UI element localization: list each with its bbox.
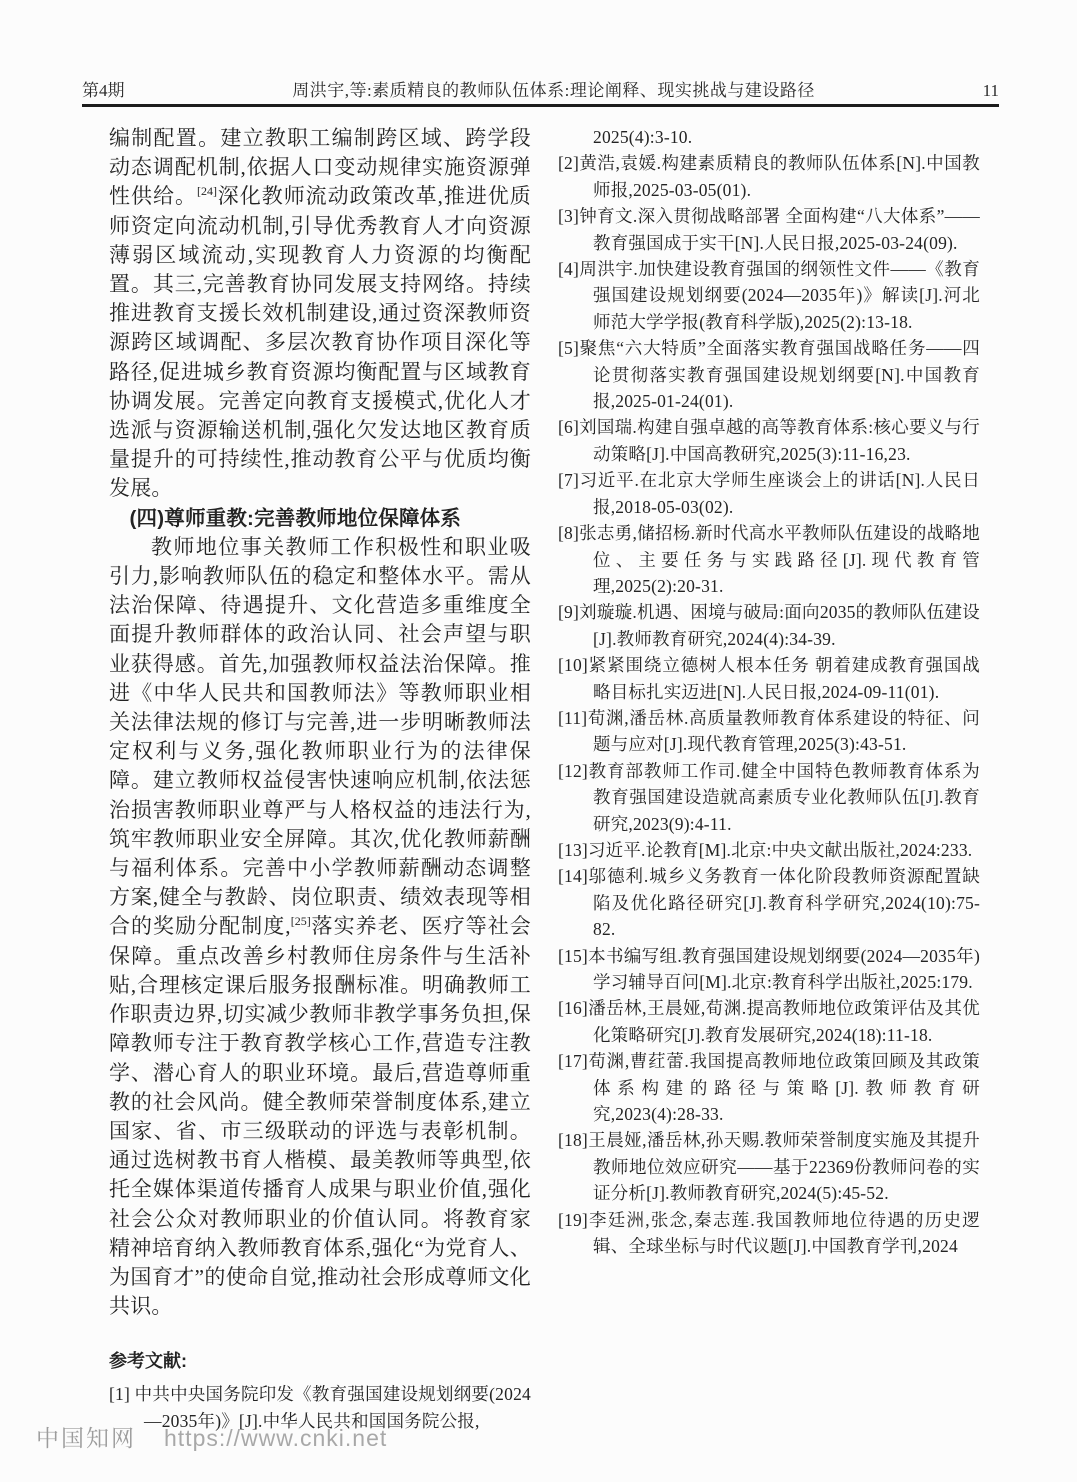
references-heading: 参考文献:	[109, 1347, 531, 1373]
page-number: 11	[983, 81, 999, 101]
body-paragraph: 编制配置。建立教职工编制跨区域、跨学段动态调配机制,依据人口变动规律实施资源弹性…	[109, 124, 531, 504]
right-column: 2025(4):3-10. [2]黄浩,袁媛.构建素质精良的教师队伍体系[N].…	[558, 124, 980, 1434]
body-paragraph: 教师地位事关教师工作积极性和职业吸引力,影响教师队伍的稳定和整体水平。需从法治保…	[109, 533, 531, 1321]
reference-item: [2]黄浩,袁媛.构建素质精良的教师队伍体系[N].中国教师报,2025-03-…	[558, 150, 980, 203]
page-footer: 中国知网 https://www.cnki.net	[36, 1420, 387, 1453]
right-reference-list: [2]黄浩,袁媛.构建素质精良的教师队伍体系[N].中国教师报,2025-03-…	[558, 150, 980, 1259]
page-header: 第4期 周洪宇,等:素质精良的教师队伍体系:理论阐释、现实挑战与建设路径 11	[82, 76, 999, 101]
reference-continuation: 2025(4):3-10.	[558, 124, 980, 150]
reference-item: [11]荀渊,潘岳林.高质量教师教育体系建设的特征、问题与应对[J].现代教育管…	[558, 705, 980, 758]
citation-superscript: [25]	[291, 914, 311, 928]
reference-item: [18]王晨娅,潘岳林,孙天赐.教师荣誉制度实施及其提升教师地位效应研究——基于…	[558, 1127, 980, 1206]
reference-item: [5]聚焦“六大特质”全面落实教育强国战略任务——四论贯彻落实教育强国建设规划纲…	[558, 335, 980, 414]
paragraph-text: (四)尊师重教:完善教师地位保障体系	[130, 507, 462, 530]
content-columns: 编制配置。建立教职工编制跨区域、跨学段动态调配机制,依据人口变动规律实施资源弹性…	[109, 124, 980, 1434]
paragraph-text: 深化教师流动政策改革,推进优质师资定向流动机制,引导优秀教育人才向资源薄弱区域流…	[109, 184, 531, 500]
header-divider	[82, 104, 999, 107]
reference-item: [15]本书编写组.教育强国建设规划纲要(2024—2035年)学习辅导百问[M…	[558, 943, 980, 996]
running-title: 周洪宇,等:素质精良的教师队伍体系:理论阐释、现实挑战与建设路径	[125, 76, 983, 101]
paragraph-text: 教师地位事关教师工作积极性和职业吸引力,影响教师队伍的稳定和整体水平。需从法治保…	[109, 535, 531, 939]
reference-item: [4]周洪宇.加快建设教育强国的纲领性文件——《教育强国建设规划纲要(2024—…	[558, 256, 980, 335]
reference-item: [19]李廷洲,张念,秦志莲.我国教师地位待遇的历史逻辑、全球坐标与时代议题[J…	[558, 1207, 980, 1260]
reference-item: [13]习近平.论教育[M].北京:中央文献出版社,2024:233.	[558, 837, 980, 863]
cnki-url-text: https://www.cnki.net	[164, 1425, 387, 1452]
reference-item: [17]荀渊,曹荭蕾.我国提高教师地位政策回顾及其政策体系构建的路径与策略[J]…	[558, 1048, 980, 1127]
body-paragraph: (四)尊师重教:完善教师地位保障体系	[109, 504, 531, 533]
journal-page: 第4期 周洪宇,等:素质精良的教师队伍体系:理论阐释、现实挑战与建设路径 11 …	[0, 0, 1077, 1482]
reference-item: [12]教育部教师工作司.健全中国特色教师教育体系为教育强国建设造就高素质专业化…	[558, 758, 980, 837]
citation-superscript: [24]	[197, 184, 217, 198]
reference-item: [6]刘国瑞.构建自强卓越的高等教育体系:核心要义与行动策略[J].中国高教研究…	[558, 414, 980, 467]
body-paragraphs: 编制配置。建立教职工编制跨区域、跨学段动态调配机制,依据人口变动规律实施资源弹性…	[109, 124, 531, 1321]
paragraph-text: 落实养老、医疗等社会保障。重点改善乡村教师住房条件与生活补贴,合理核定课后服务报…	[109, 914, 531, 1318]
reference-item: [7]习近平.在北京大学师生座谈会上的讲话[N].人民日报,2018-05-03…	[558, 467, 980, 520]
left-column: 编制配置。建立教职工编制跨区域、跨学段动态调配机制,依据人口变动规律实施资源弹性…	[109, 124, 531, 1434]
reference-item: [16]潘岳林,王晨娅,荀渊.提高教师地位政策评估及其优化策略研究[J].教育发…	[558, 995, 980, 1048]
reference-item: [3]钟育文.深入贯彻战略部署 全面构建“八大体系”——教育强国成于实干[N].…	[558, 203, 980, 256]
reference-item: [10]紧紧围绕立德树人根本任务 朝着建成教育强国战略目标扎实迈进[N].人民日…	[558, 652, 980, 705]
cnki-watermark-text: 中国知网	[36, 1420, 136, 1453]
reference-item: [14]邬德利.城乡义务教育一体化阶段教师资源配置缺陷及优化路径研究[J].教育…	[558, 863, 980, 942]
reference-item: [9]刘璇璇.机遇、困境与破局:面向2035的教师队伍建设[J].教师教育研究,…	[558, 599, 980, 652]
reference-item: [8]张志勇,储招杨.新时代高水平教师队伍建设的战略地位、主要任务与实践路径[J…	[558, 520, 980, 599]
issue-label: 第4期	[82, 76, 125, 101]
